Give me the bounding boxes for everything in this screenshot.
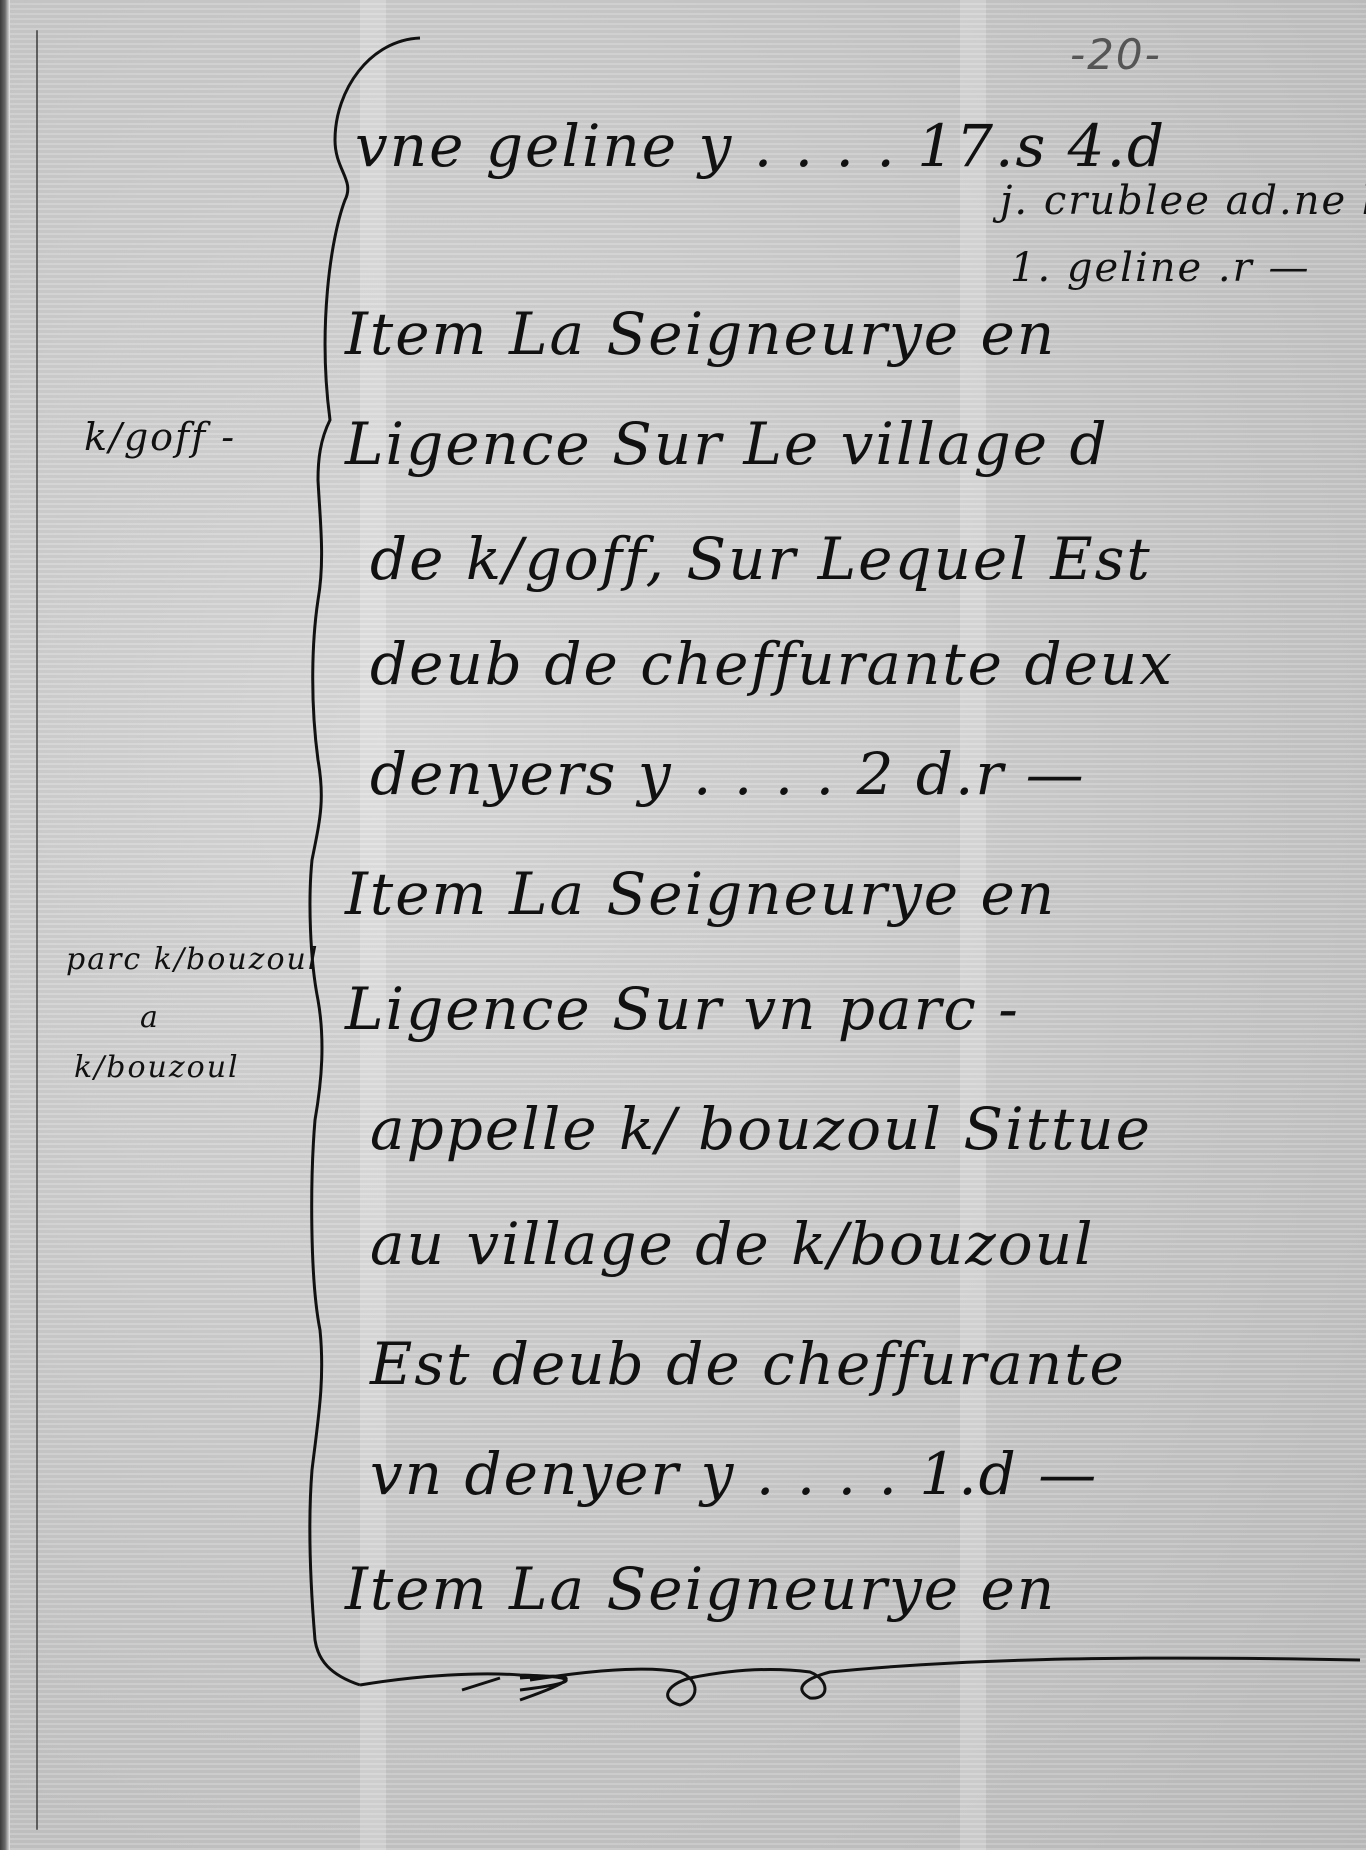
margin-note-kgoff: k/goff - [84, 415, 236, 459]
manuscript-line: de k/goff, Sur Lequel Est [370, 525, 1152, 593]
manuscript-line: Ligence Sur Le village d [345, 410, 1109, 478]
margin-note-parc: parc k/bouzoul [66, 942, 319, 977]
addition-line: j. crublee ad.ne l [1000, 178, 1366, 224]
manuscript-line: vn denyer y . . . . 1.d — [370, 1440, 1098, 1508]
manuscript-line: denyers y . . . . 2 d.r — [370, 740, 1086, 808]
manuscript-line: Item La Seigneurye en [345, 300, 1056, 368]
manuscript-line: au village de k/bouzoul [370, 1210, 1095, 1278]
manuscript-line: deub de cheffurante deux [370, 630, 1174, 698]
manuscript-page: -20- k/goff - parc k/bouzoul a k/bouzoul… [0, 0, 1366, 1850]
addition-line: 1. geline .r — [1010, 245, 1310, 291]
manuscript-line: Item La Seigneurye en [345, 1555, 1056, 1623]
margin-note-a: a [140, 1000, 160, 1035]
manuscript-line: appelle k/ bouzoul Sittue [370, 1095, 1152, 1163]
manuscript-line: Est deub de cheffurante [370, 1330, 1126, 1398]
manuscript-line: Item La Seigneurye en [345, 860, 1056, 928]
margin-note-bouzoul: k/bouzoul [74, 1050, 240, 1085]
manuscript-line: vne geline y . . . . 17.s 4.d [355, 112, 1166, 180]
manuscript-line: Ligence Sur vn parc - [345, 975, 1020, 1043]
page-number: -20- [1070, 30, 1162, 79]
